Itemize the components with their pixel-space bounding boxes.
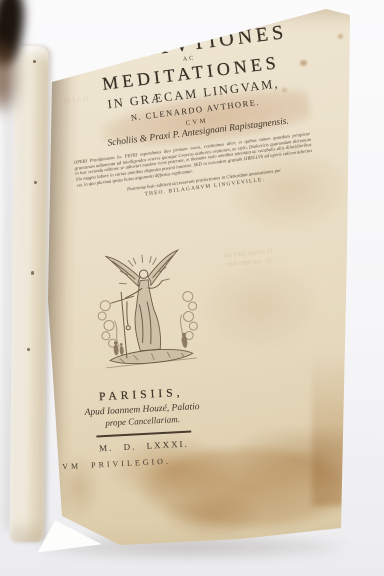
foxing-spot xyxy=(300,60,307,66)
imprint-block: PARISIIS, Apud Ioannem Houzé, Palatio pr… xyxy=(26,383,260,472)
page-stack-edge xyxy=(9,46,48,542)
imprint-rule xyxy=(96,431,191,437)
printer-device-woodcut xyxy=(86,239,210,385)
wormhole xyxy=(27,348,30,351)
wormhole xyxy=(34,181,37,184)
wormhole xyxy=(31,271,34,275)
foxing-spot xyxy=(282,88,287,92)
foxing-spot xyxy=(338,34,343,39)
winged-figure-icon xyxy=(86,239,209,380)
wormhole xyxy=(33,60,36,63)
title-page: ΟΛΙΜ ΜΑΘΗΜΑΤΩΝ Vt anima pars ita Sic vos… xyxy=(0,0,384,576)
photo-backdrop: ΟΛΙΜ ΜΑΘΗΜΑΤΩΝ Vt anima pars ita Sic vos… xyxy=(0,0,384,576)
title-block: INSTITVTIONES AC MEDITATIONES IN GRÆCAM … xyxy=(50,17,341,207)
